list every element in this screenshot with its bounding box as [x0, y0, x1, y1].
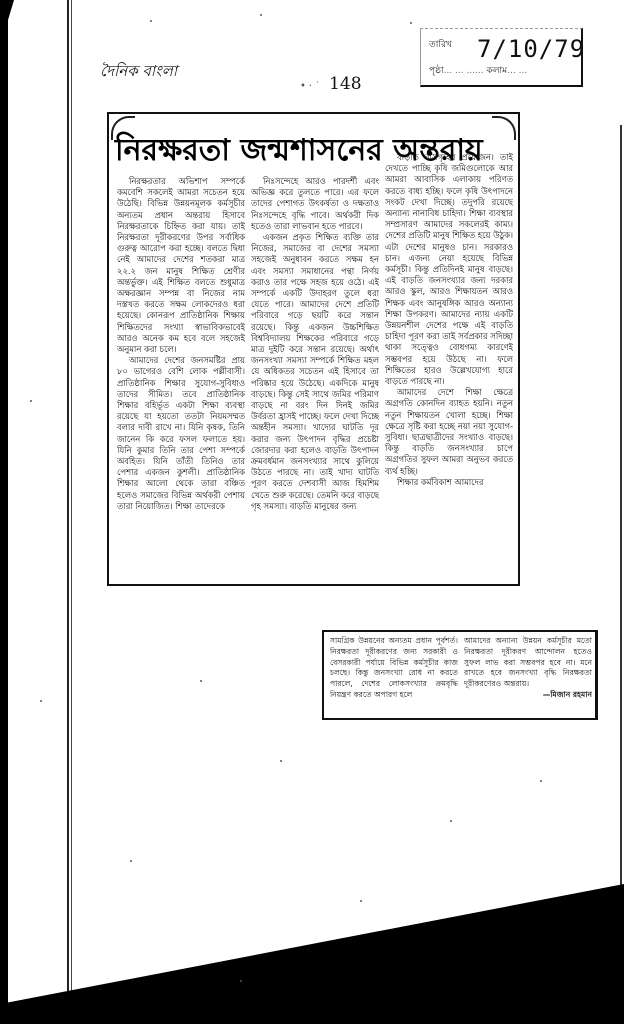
scan-speck [150, 20, 152, 22]
date-stamp: তারিখ 7/10/79 পৃষ্ঠা... ... ...... কলাম.… [420, 28, 583, 87]
author-signature: —মিজান রহমান [464, 690, 592, 701]
stamp-date-label: তারিখ [429, 40, 452, 50]
stamp-page-label: পৃষ্ঠা [429, 66, 444, 76]
margin-rule [71, 0, 72, 1024]
article-clipping: নিরক্ষরতা জন্মশাসনের অন্তরায় নিরক্ষরতার… [107, 112, 520, 586]
newspaper-name: দৈনিক বাংলা [100, 60, 177, 85]
paragraph: আমাদের দেশের জনসমষ্টির প্রায় ৮০ ভাগেরও … [117, 355, 245, 512]
paragraph: আমাদের দেশে শিক্ষা ক্ষেত্রে অগ্রগতি কোনদ… [385, 387, 513, 477]
corner-ornament-right [492, 116, 516, 140]
stamp-column-label: কলাম [487, 66, 508, 76]
article-column-3: বাড়তি বাসগৃহের প্রয়োজন। তাই দেখতে পাচ্… [385, 152, 513, 582]
paragraph: নিঃসন্দেহে আরও পারদর্শী এবং অভিজ্ঞ করে ত… [251, 176, 379, 232]
scan-speck [240, 980, 242, 982]
paragraph: নিরক্ষরতার অভিশাপ সম্পর্কে কমবেশি সকলেই … [117, 176, 245, 355]
paragraph: আমাদের অন্যান্য উন্নয়ন কর্মসূচীর মতো নি… [464, 636, 592, 688]
continuation-column-1: সামগ্রিক উন্নয়নের অন্যতম প্রধান পূর্বশর… [330, 636, 458, 718]
scan-speck [540, 780, 542, 782]
scan-speck [200, 680, 202, 682]
scan-speck [410, 22, 412, 24]
continuation-clipping: সামগ্রিক উন্নয়নের অন্যতম প্রধান পূর্বশর… [322, 630, 598, 720]
article-column-2: নিঃসন্দেহে আরও পারদর্শী এবং অভিজ্ঞ করে ত… [251, 176, 379, 581]
scan-speck [360, 900, 362, 902]
paragraph: শিক্ষার কর্মবিকাশ আমাদের [385, 477, 513, 488]
paragraph: বাড়তি বাসগৃহের প্রয়োজন। তাই দেখতে পাচ্… [385, 152, 513, 387]
stamp-date-value: 7/10/79 [477, 35, 585, 63]
scan-speck [280, 760, 282, 762]
dots-decoration: •·˙ [300, 81, 323, 92]
scan-speck [260, 14, 262, 16]
scan-speck [130, 860, 132, 862]
paragraph: একজন প্রকৃত শিক্ষিত ব্যক্তি তার নিজের, স… [251, 232, 379, 512]
margin-rule [67, 0, 69, 1024]
scan-speck [40, 700, 42, 702]
page-number: •·˙148 [300, 74, 362, 94]
stamp-date-row: তারিখ 7/10/79 [429, 37, 452, 52]
scan-speck [450, 820, 452, 822]
scan-speck [30, 400, 32, 402]
page-number-value: 148 [329, 74, 361, 94]
continuation-column-2: আমাদের অন্যান্য উন্নয়ন কর্মসূচীর মতো নি… [464, 636, 592, 718]
stamp-page-row: পৃষ্ঠা... ... ...... কলাম... ... [429, 63, 527, 78]
article-column-1: নিরক্ষরতার অভিশাপ সম্পর্কে কমবেশি সকলেই … [117, 176, 245, 581]
